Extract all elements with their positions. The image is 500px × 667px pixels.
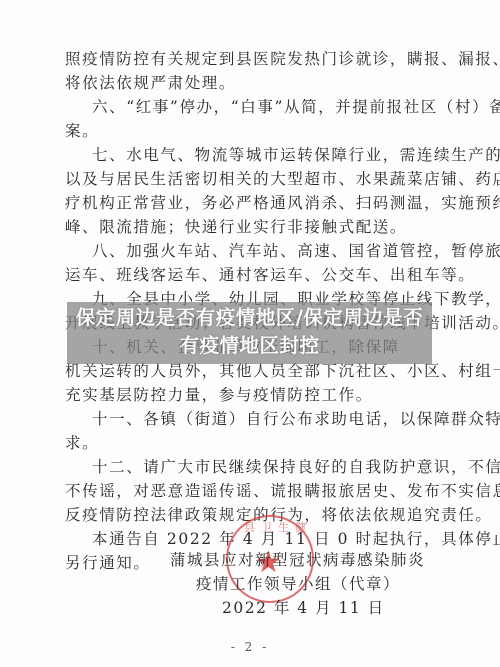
text-line: 不传谣，对恶意造谣传谣、谎报瞒报旅居史、发布不实信息等违 (65, 479, 439, 503)
page-number: - 2 - (0, 640, 500, 654)
text-line: 运车、班线客运车、通村客运车、公交车、出租车等。 (65, 263, 439, 287)
seal-arc-text: 县卫生健 (244, 519, 312, 535)
text-line: 峰、限流措施；快递行业实行非接触式配送。 (65, 215, 439, 239)
text-line: 七、水电气、物流等城市运转保障行业，需连续生产的企业， (65, 143, 439, 167)
text-line: 六、“红事”停办，“白事”从简，并提前报社区（村）备 (65, 95, 439, 119)
text-line: 将依法依规严肃处理。 (65, 71, 439, 95)
text-line: 以及与居民生活密切相关的大型超市、水果蔬菜店铺、药店、医 (65, 167, 439, 191)
text-line: 十一、各镇（街道）自行公布求助电话，以保障群众特殊需 (65, 407, 439, 431)
text-line: 照疫情防控有关规定到县医院发热门诊就诊，瞒报、漏报、迟报， (65, 47, 439, 71)
signature-org-line1: 蒲城县应对新型冠状病毒感染肺炎 (170, 548, 370, 570)
text-line: 八、加强火车站、汽车站、高速、国省道管控，暂停旅游客 (65, 239, 439, 263)
text-line: 案。 (65, 119, 439, 143)
text-line: 疗机构正常营业，务必严格通风消杀、扫码测温，实施预约、错 (65, 191, 439, 215)
signature-org-line2: 疫情工作领导小组（代章） (196, 572, 356, 594)
text-line: 求。 (65, 431, 439, 455)
text-line: 充实基层防控力量，参与疫情防控工作。 (65, 383, 439, 407)
text-line: 十二、请广大市民继续保持良好的自我防护意识，不信谣、 (65, 455, 439, 479)
overlay-banner-title[interactable]: 保定周边是否有疫情地区/保定周边是否有疫情地区封控 (67, 304, 432, 360)
signature-date: 2022 年 4 月 11 日 (222, 596, 342, 618)
